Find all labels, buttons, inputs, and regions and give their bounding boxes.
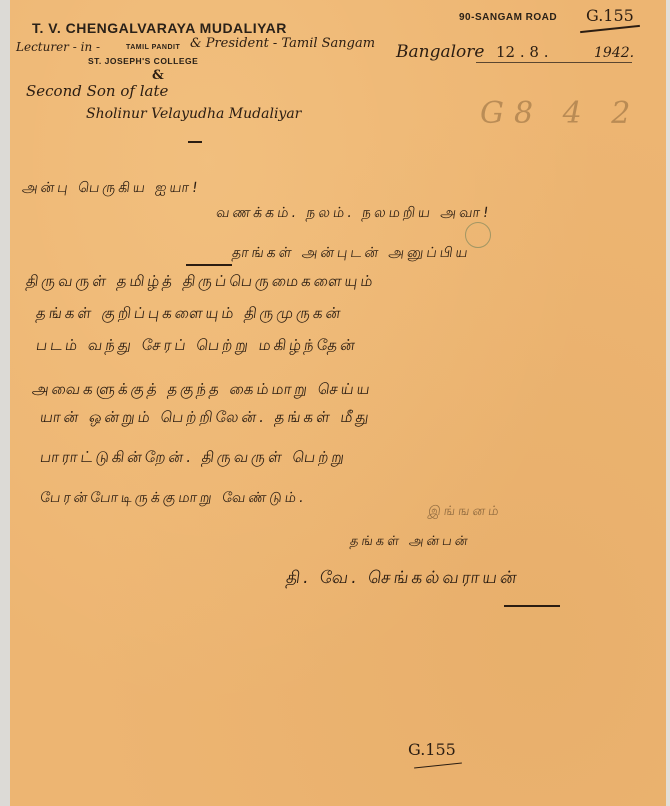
designation-printed: TAMIL PANDIT xyxy=(126,44,180,51)
letter-paper: T. V. CHENGALVARAYA MUDALIYAR Lecturer -… xyxy=(10,0,668,806)
catalog-underline-top xyxy=(580,25,640,33)
signature-underline xyxy=(504,605,560,607)
body-line-5: அவைகளுக்குத் தகுந்த கைம்மாறு செய்ய xyxy=(31,380,374,400)
body-line-6: யான் ஒன்றும் பெற்றிலேன். தங்கள் மீது xyxy=(39,408,373,428)
letterhead-address: 90-SANGAM ROAD xyxy=(459,12,557,23)
closing: தங்கள் அன்பன் xyxy=(349,534,472,550)
signature: தி. வே. செங்கல்வராயன் xyxy=(284,568,520,590)
catalog-underline-bottom xyxy=(414,762,462,768)
body-line-2: திருவருள் தமிழ்த் திருப்பெருமைகளையும் xyxy=(25,272,377,292)
letterhead-college: ST. JOSEPH'S COLLEGE xyxy=(88,56,198,66)
indent-rule xyxy=(186,264,232,266)
date-year: 1942. xyxy=(594,45,634,61)
annotation-dash xyxy=(188,141,202,143)
faint-pencil-mark: G8 4 2 xyxy=(480,96,640,131)
closing-faint: இங்ஙனம் xyxy=(427,504,503,520)
designation-handwritten-suffix: & President - Tamil Sangam xyxy=(190,36,375,51)
designation-handwritten-prefix: Lecturer - in - xyxy=(16,40,100,54)
letterhead-name: T. V. CHENGALVARAYA MUDALIYAR xyxy=(32,20,287,36)
body-line-7: பாராட்டுகின்றேன். திருவருள் பெற்று xyxy=(39,448,349,468)
body-line-4: படம் வந்து சேரப் பெற்று மகிழ்ந்தேன் xyxy=(35,336,360,356)
body-line-3: தங்கள் குறிப்புகளையும் திருமுருகன் xyxy=(35,304,345,324)
date-underline xyxy=(476,62,632,63)
ampersand-mark: & xyxy=(152,68,164,83)
place-printed: Bangalore xyxy=(396,42,484,62)
annotation-line-2: Sholinur Velayudha Mudaliyar xyxy=(86,106,301,122)
body-line-1: தாங்கள் அன்புடன் அனுப்பிய xyxy=(231,245,472,263)
catalog-number-top: G.155 xyxy=(586,6,634,25)
body-line-8: பேரன்போடிருக்குமாறு வேண்டும். xyxy=(39,490,308,508)
catalog-number-bottom: G.155 xyxy=(408,740,456,759)
salutation: அன்பு பெருகிய ஐயா! xyxy=(21,180,202,198)
scan-edge xyxy=(666,0,670,806)
greeting: வணக்கம். நலம். நலமறிய அவா! xyxy=(215,205,493,223)
date-day-month: 12 . 8 . xyxy=(496,43,548,61)
annotation-line-1: Second Son of late xyxy=(26,82,168,100)
